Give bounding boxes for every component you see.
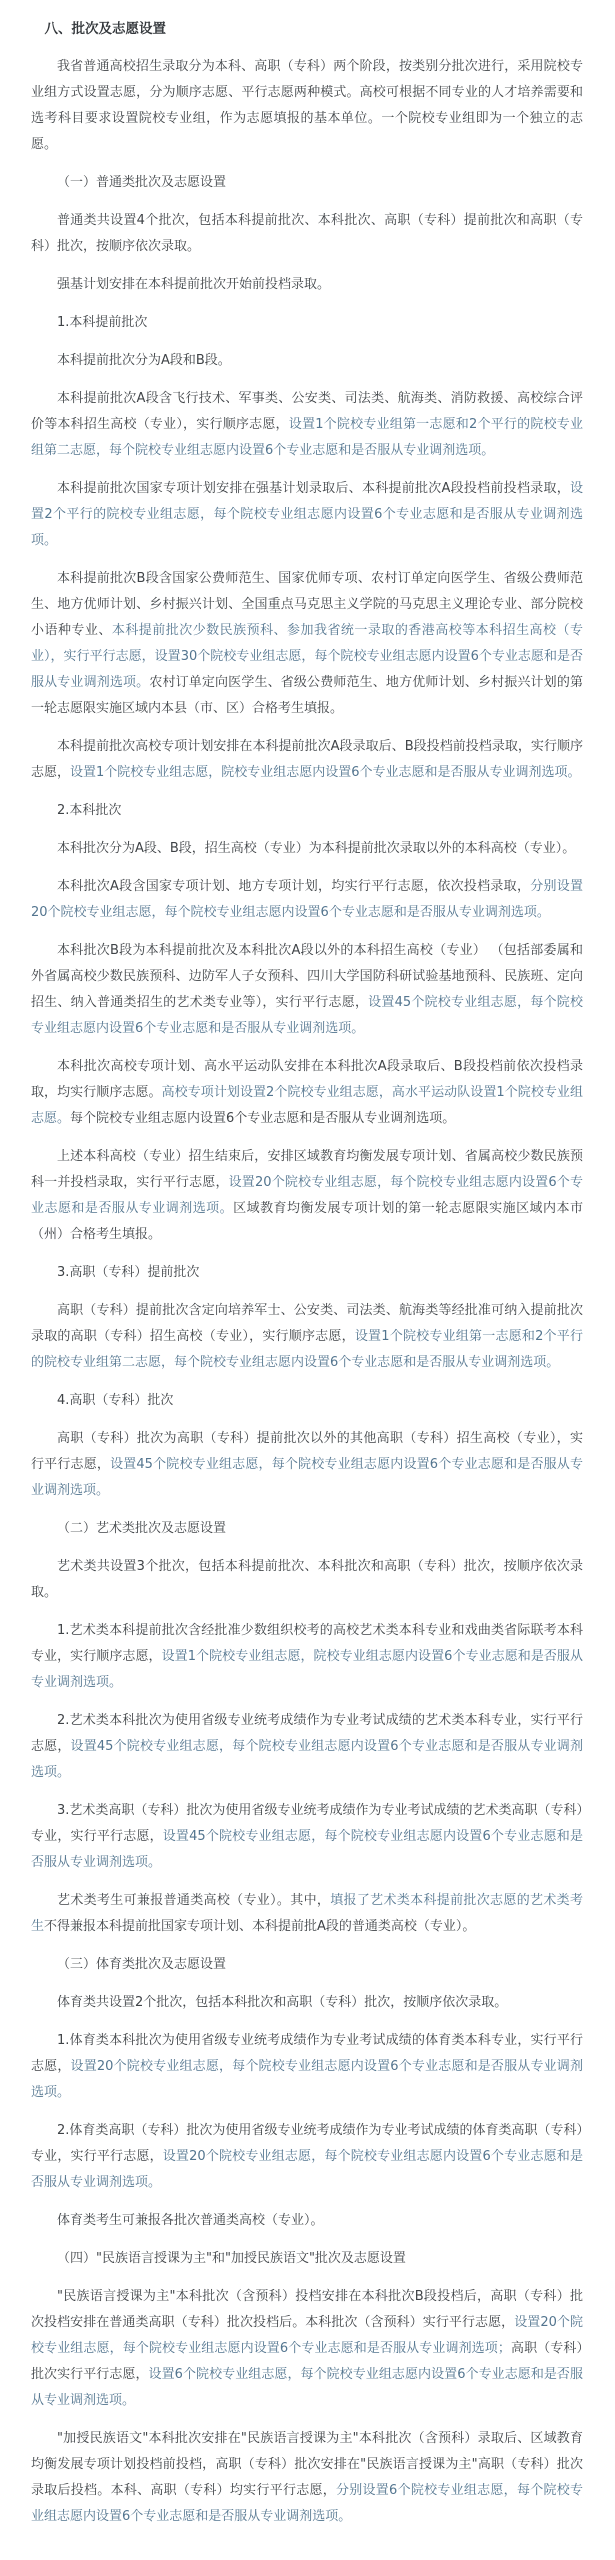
- body-text: 艺术类考生可兼报普通类高校（专业）。其中，: [57, 1893, 330, 1908]
- body-text: 本科提前批次国家专项计划安排在强基计划录取后、本科提前批次A段投档前投档录取，: [57, 481, 570, 496]
- body-text: （四）"民族语言授课为主"和"加授民族语文"批次及志愿设置: [57, 2251, 406, 2266]
- paragraph: 本科批次分为A段、B段，招生高校（专业）为本科提前批次录取以外的本科高校（专业）…: [31, 836, 583, 862]
- paragraph: 上述本科高校（专业）招生结束后，安排区域教育均衡发展专项计划、省属高校少数民族预…: [31, 1144, 583, 1248]
- paragraph: 2.体育类高职（专科）批次为使用省级专业统考成绩作为专业考试成绩的体育类高职（专…: [31, 2118, 583, 2196]
- document-title: 八、批次及志愿设置: [31, 16, 583, 42]
- paragraph: 体育类共设置2个批次，包括本科批次和高职（专科）批次，按顺序依次录取。: [31, 1990, 583, 2016]
- paragraph: 体育类考生可兼报各批次普通类高校（专业）。: [31, 2208, 583, 2234]
- section-heading: 1.本科提前批次: [31, 310, 583, 336]
- document-body: 我省普通高校招生录取分为本科、高职（专科）两个阶段，按类别分批次进行，采用院校专…: [31, 54, 583, 2530]
- body-text: 强基计划安排在本科提前批次开始前投档录取。: [57, 277, 330, 292]
- section-heading: （二）艺术类批次及志愿设置: [31, 1516, 583, 1542]
- accent-text: 设置20个院校专业组志愿，每个院校专业组志愿内设置6个专业志愿和是否服从专业调剂…: [31, 2059, 583, 2100]
- body-text: 本科提前批次分为A段和B段。: [57, 353, 231, 368]
- body-text: （一）普通类批次及志愿设置: [57, 175, 226, 190]
- paragraph: 艺术类考生可兼报普通类高校（专业）。其中，填报了艺术类本科提前批次志愿的艺术类考…: [31, 1888, 583, 1940]
- accent-text: 设置45个院校专业组志愿，每个院校专业组志愿内设置6个专业志愿和是否服从专业调剂…: [31, 1739, 583, 1780]
- body-text: 艺术类共设置3个批次，包括本科提前批次、本科批次和高职（专科）批次，按顺序依次录…: [31, 1559, 583, 1600]
- document-article: 八、批次及志愿设置 我省普通高校招生录取分为本科、高职（专科）两个阶段，按类别分…: [0, 0, 615, 2560]
- paragraph: 本科提前批次国家专项计划安排在强基计划录取后、本科提前批次A段投档前投档录取，设…: [31, 476, 583, 554]
- paragraph: "加授民族语文"本科批次安排在"民族语言授课为主"本科批次（含预科）录取后、区域…: [31, 2426, 583, 2530]
- section-heading: （四）"民族语言授课为主"和"加授民族语文"批次及志愿设置: [31, 2246, 583, 2272]
- paragraph: 1.艺术类本科提前批次含经批准少数组织校考的高校艺术类本科专业和戏曲类省际联考本…: [31, 1618, 583, 1696]
- body-text: 2.本科批次: [57, 803, 121, 818]
- paragraph: 强基计划安排在本科提前批次开始前投档录取。: [31, 272, 583, 298]
- paragraph: 2.艺术类本科批次为使用省级专业统考成绩作为专业考试成绩的艺术类本科专业，实行平…: [31, 1708, 583, 1786]
- body-text: 普通类共设置4个批次，包括本科提前批次、本科批次、高职（专科）提前批次和高职（专…: [31, 213, 583, 254]
- paragraph: 本科批次B段为本科提前批次及本科批次A段以外的本科招生高校（专业） （包括部委属…: [31, 938, 583, 1042]
- body-text: 不得兼报本科提前批国家专项计划、本科提前批A段的普通类高校（专业）。: [44, 1919, 475, 1934]
- body-text: （三）体育类批次及志愿设置: [57, 1957, 226, 1972]
- paragraph: 本科批次高校专项计划、高水平运动队安排在本科批次A段录取后、B段投档前依次投档录…: [31, 1054, 583, 1132]
- section-heading: 4.高职（专科）批次: [31, 1388, 583, 1414]
- section-heading: 2.本科批次: [31, 798, 583, 824]
- accent-text: 设置1个院校专业组志愿，院校专业组志愿内设置6个专业志愿和是否服从专业调剂选项。: [70, 765, 581, 780]
- body-text: 体育类考生可兼报各批次普通类高校（专业）。: [57, 2213, 324, 2228]
- section-heading: （三）体育类批次及志愿设置: [31, 1952, 583, 1978]
- paragraph: 本科提前批次B段含国家公费师范生、国家优师专项、农村订单定向医学生、省级公费师范…: [31, 566, 583, 722]
- paragraph: 我省普通高校招生录取分为本科、高职（专科）两个阶段，按类别分批次进行，采用院校专…: [31, 54, 583, 158]
- body-text: 4.高职（专科）批次: [57, 1393, 173, 1408]
- paragraph: 普通类共设置4个批次，包括本科提前批次、本科批次、高职（专科）提前批次和高职（专…: [31, 208, 583, 260]
- body-text: 我省普通高校招生录取分为本科、高职（专科）两个阶段，按类别分批次进行，采用院校专…: [31, 59, 583, 152]
- paragraph: 艺术类共设置3个批次，包括本科提前批次、本科批次和高职（专科）批次，按顺序依次录…: [31, 1554, 583, 1606]
- body-text: 3.高职（专科）提前批次: [57, 1265, 199, 1280]
- section-heading: （一）普通类批次及志愿设置: [31, 170, 583, 196]
- paragraph: 1.体育类本科批次为使用省级专业统考成绩作为专业考试成绩的体育类本科专业，实行平…: [31, 2028, 583, 2106]
- paragraph: 本科批次A段含国家专项计划、地方专项计划，均实行平行志愿，依次投档录取，分别设置…: [31, 874, 583, 926]
- paragraph: 本科提前批次分为A段和B段。: [31, 348, 583, 374]
- body-text: 每个院校专业组志愿内设置6个专业志愿和是否服从专业调剂选项。: [70, 1111, 455, 1126]
- paragraph: 本科提前批次高校专项计划安排在本科提前批次A段录取后、B段投档前投档录取，实行顺…: [31, 734, 583, 786]
- section-heading: 3.高职（专科）提前批次: [31, 1260, 583, 1286]
- body-text: "民族语言授课为主"本科批次（含预科）投档安排在本科批次B段投档后，高职（专科）…: [31, 2289, 583, 2330]
- body-text: 本科批次A段含国家专项计划、地方专项计划，均实行平行志愿，依次投档录取，: [57, 879, 530, 894]
- paragraph: "民族语言授课为主"本科批次（含预科）投档安排在本科批次B段投档后，高职（专科）…: [31, 2284, 583, 2414]
- body-text: 体育类共设置2个批次，包括本科批次和高职（专科）批次，按顺序依次录取。: [57, 1995, 507, 2010]
- body-text: 1.本科提前批次: [57, 315, 147, 330]
- paragraph: 高职（专科）批次为高职（专科）提前批次以外的其他高职（专科）招生高校（专业），实…: [31, 1426, 583, 1504]
- paragraph: 本科提前批次A段含飞行技术、军事类、公安类、司法类、航海类、消防救援、高校综合评…: [31, 386, 583, 464]
- accent-text: 设置45个院校专业组志愿，每个院校专业组志愿内设置6个专业志愿和是否服从专业调剂…: [31, 1457, 583, 1498]
- body-text: （二）艺术类批次及志愿设置: [57, 1521, 226, 1536]
- paragraph: 高职（专科）提前批次含定向培养军士、公安类、司法类、航海类等经批准可纳入提前批次…: [31, 1298, 583, 1376]
- paragraph: 3.艺术类高职（专科）批次为使用省级专业统考成绩作为专业考试成绩的艺术类高职（专…: [31, 1798, 583, 1876]
- body-text: 本科批次分为A段、B段，招生高校（专业）为本科提前批次录取以外的本科高校（专业）…: [57, 841, 575, 856]
